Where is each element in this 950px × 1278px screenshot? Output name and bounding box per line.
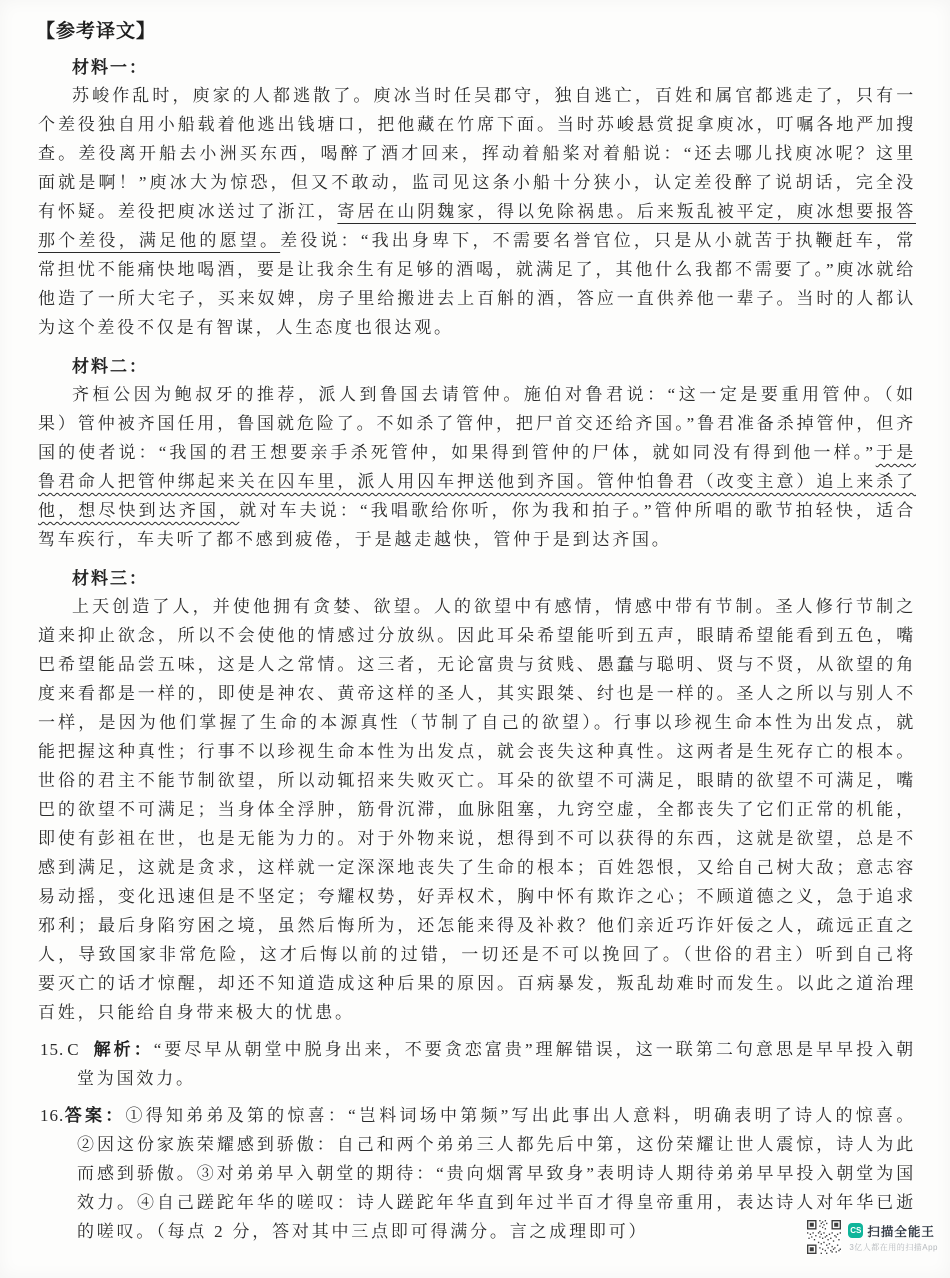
answer-label: 答案： (64, 1106, 125, 1125)
answer-item-15: 15.C解析：“要尽早从朝堂中脱身出来，不要贪恋富贵”理解错误，这一联第二句意思… (40, 1035, 916, 1093)
camscanner-watermark: CS 扫描全能王 3亿人都在用的扫描App (807, 1220, 938, 1254)
material-2-text: 齐桓公因为鲍叔牙的推荐，派人到鲁国去请管仲。施伯对鲁君说：“这一定是要重用管仲。… (38, 385, 916, 462)
material-3-paragraph: 上天创造了人，并使他拥有贪婪、欲望。人的欲望中有感情，情感中带有节制。圣人修行节… (38, 592, 916, 1027)
analysis-label: 解析： (93, 1040, 153, 1059)
material-1-text: 苏峻作乱时，庾家的人都逃散了。庾冰当时任吴郡守，独自逃亡，百姓和属官都逃走了，只… (38, 86, 916, 221)
material-1-label: 材料一： (38, 53, 916, 78)
material-3-label: 材料三： (38, 564, 916, 589)
material-2-label: 材料二： (38, 352, 916, 377)
material-3-text: 上天创造了人，并使他拥有贪婪、欲望。人的欲望中有感情，情感中带有节制。圣人修行节… (38, 597, 916, 1022)
camscanner-brand-text: 扫描全能王 (867, 1222, 935, 1240)
watermark-text-block: CS 扫描全能王 3亿人都在用的扫描App (848, 1222, 938, 1253)
question-15-analysis-text: “要尽早从朝堂中脱身出来，不要贪恋富贵”理解错误，这一联第二句意思是早早投入朝堂… (77, 1040, 916, 1088)
camscanner-logo-icon: CS (848, 1223, 863, 1238)
camscanner-tagline: 3亿人都在用的扫描App (848, 1242, 938, 1253)
scanned-answer-sheet-page: 【参考译文】 材料一： 苏峻作乱时，庾家的人都逃散了。庾冰当时任吴郡守，独自逃亡… (0, 0, 950, 1278)
material-1-paragraph: 苏峻作乱时，庾家的人都逃散了。庾冰当时任吴郡守，独自逃亡，百姓和属官都逃走了，只… (38, 81, 916, 342)
qr-code-icon (807, 1220, 841, 1254)
reference-translation-header: 【参考译文】 (36, 16, 916, 43)
question-15-number: 15. (40, 1040, 64, 1059)
answer-item-16: 16.答案：①得知弟弟及第的惊喜：“岂料词场中第频”写出此事出人意料，明确表明了… (40, 1101, 916, 1246)
question-15-answer-letter: C (67, 1040, 81, 1059)
material-2-paragraph: 齐桓公因为鲍叔牙的推荐，派人到鲁国去请管仲。施伯对鲁君说：“这一定是要重用管仲。… (38, 380, 916, 554)
question-16-number: 16. (40, 1106, 64, 1125)
question-16-answer-text: ①得知弟弟及第的惊喜：“岂料词场中第频”写出此事出人意料，明确表明了诗人的惊喜。… (77, 1106, 916, 1241)
